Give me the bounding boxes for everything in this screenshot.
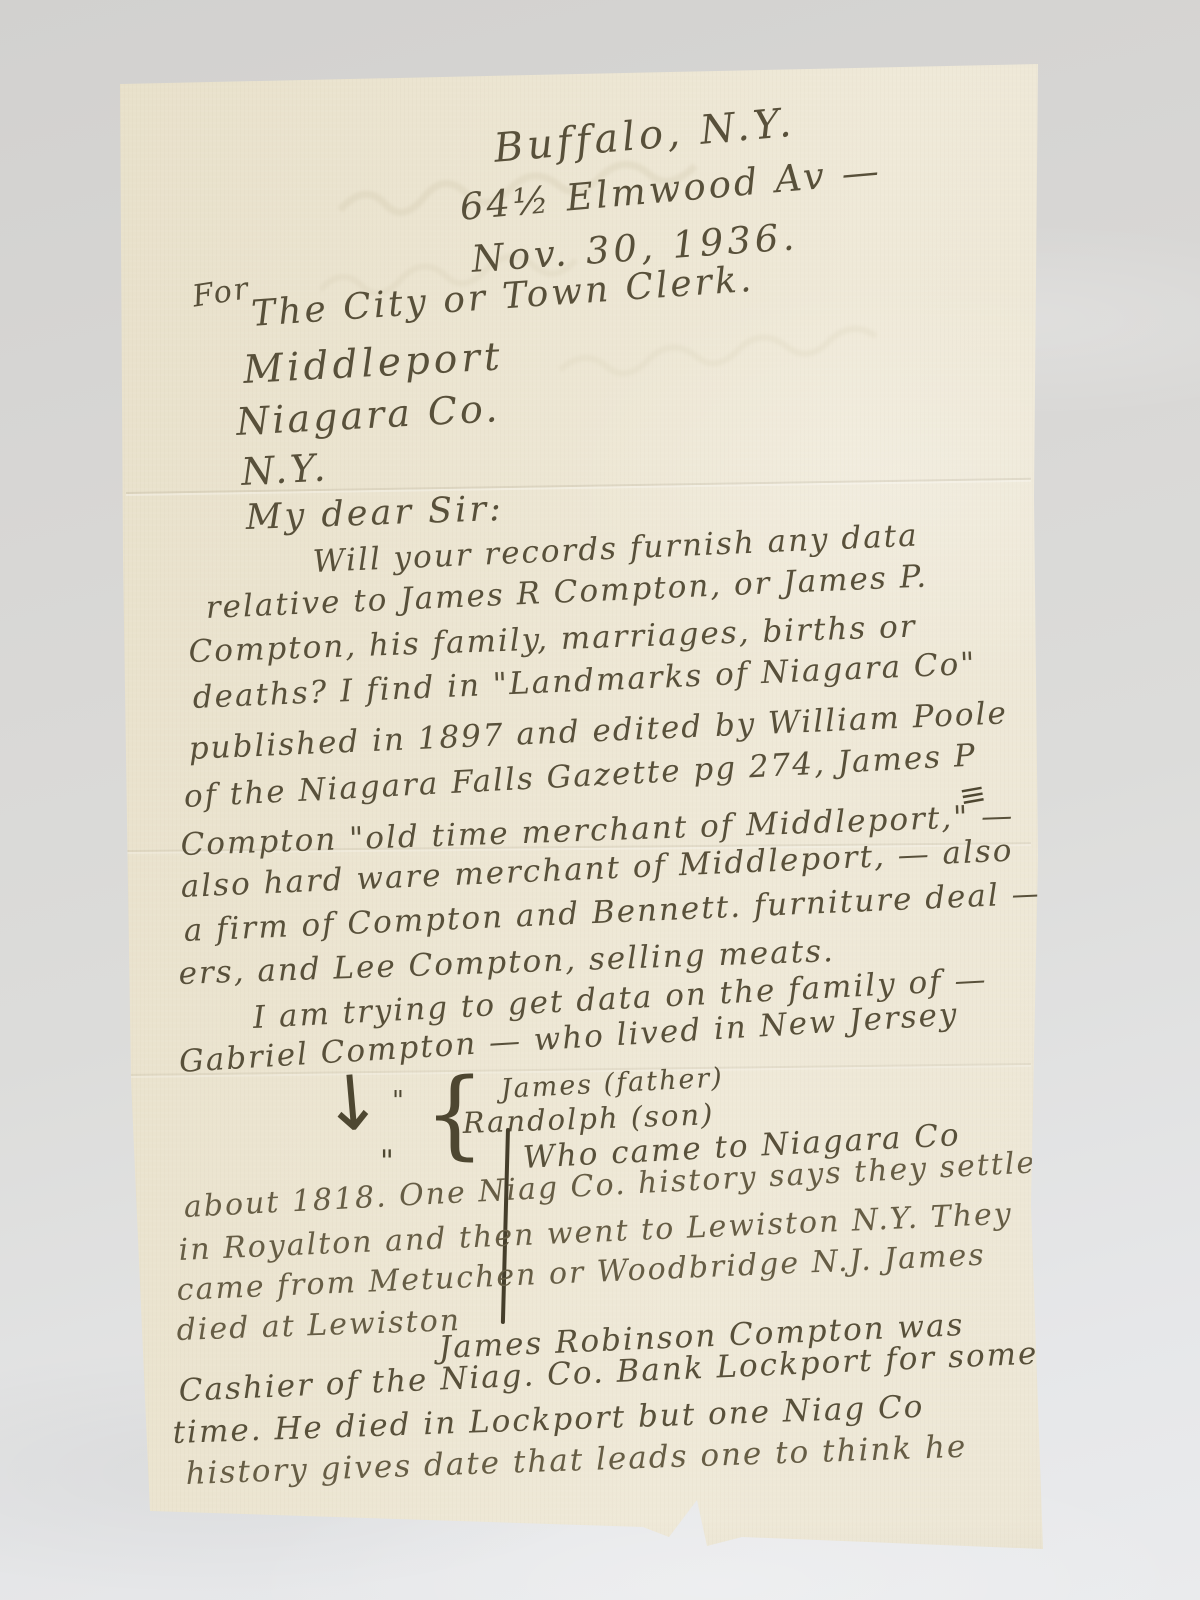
body-line: died at Lewiston — [176, 1303, 462, 1348]
recipient-prefix: For — [190, 271, 252, 315]
recipient-line-4: N.Y. — [240, 445, 329, 494]
down-arrow-annotation: ↓ — [318, 1057, 386, 1150]
photo-background: Buffalo, N.Y. 64½ Elmwood Av — Nov. 30, … — [0, 0, 1200, 1600]
salutation: My dear Sir: — [245, 489, 505, 538]
ditto-mark-upper: " — [392, 1086, 404, 1116]
ditto-mark-lower: " — [380, 1144, 394, 1179]
letter-paper: Buffalo, N.Y. 64½ Elmwood Av — Nov. 30, … — [0, 0, 1200, 1600]
recipient-line-3: Niagara Co. — [235, 386, 501, 444]
triple-underline-mark: ≡ — [956, 773, 989, 815]
